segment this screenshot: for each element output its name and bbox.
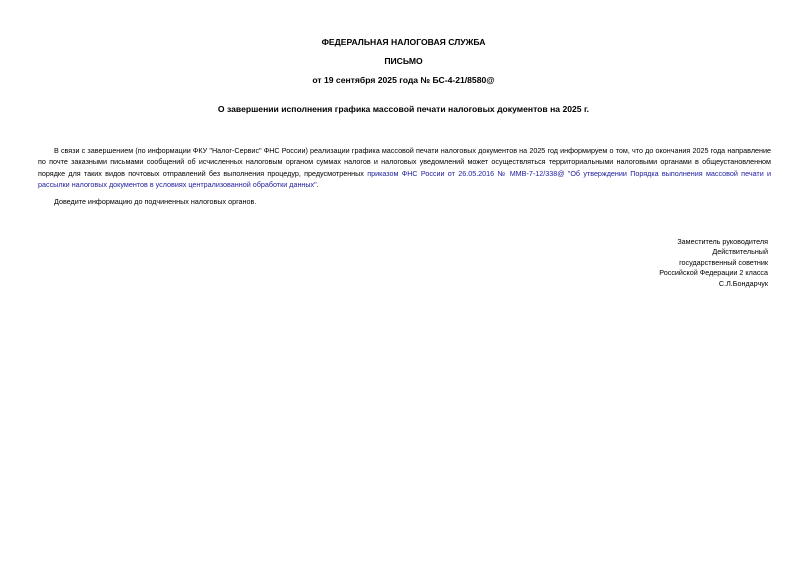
signature-block: Заместитель руководителя Действительный …	[659, 237, 768, 289]
document-subject: О завершении исполнения графика массовой…	[0, 104, 807, 114]
signer-rank-3: Российской Федерации 2 класса	[659, 268, 768, 278]
signer-rank-1: Действительный	[659, 247, 768, 257]
document-number: от 19 сентября 2025 года № БС-4-21/8580@	[0, 75, 807, 85]
body-paragraph-1: В связи с завершением (по информации ФКУ…	[38, 145, 771, 190]
signer-position: Заместитель руководителя	[659, 237, 768, 247]
organization-name: ФЕДЕРАЛЬНАЯ НАЛОГОВАЯ СЛУЖБА	[0, 37, 807, 47]
signer-rank-2: государственный советник	[659, 258, 768, 268]
paragraph-end: .	[317, 180, 319, 189]
document-type: ПИСЬМО	[0, 56, 807, 66]
body-paragraph-2: Доведите информацию до подчиненных налог…	[38, 196, 771, 207]
signer-name: С.Л.Бондарчук	[659, 279, 768, 289]
